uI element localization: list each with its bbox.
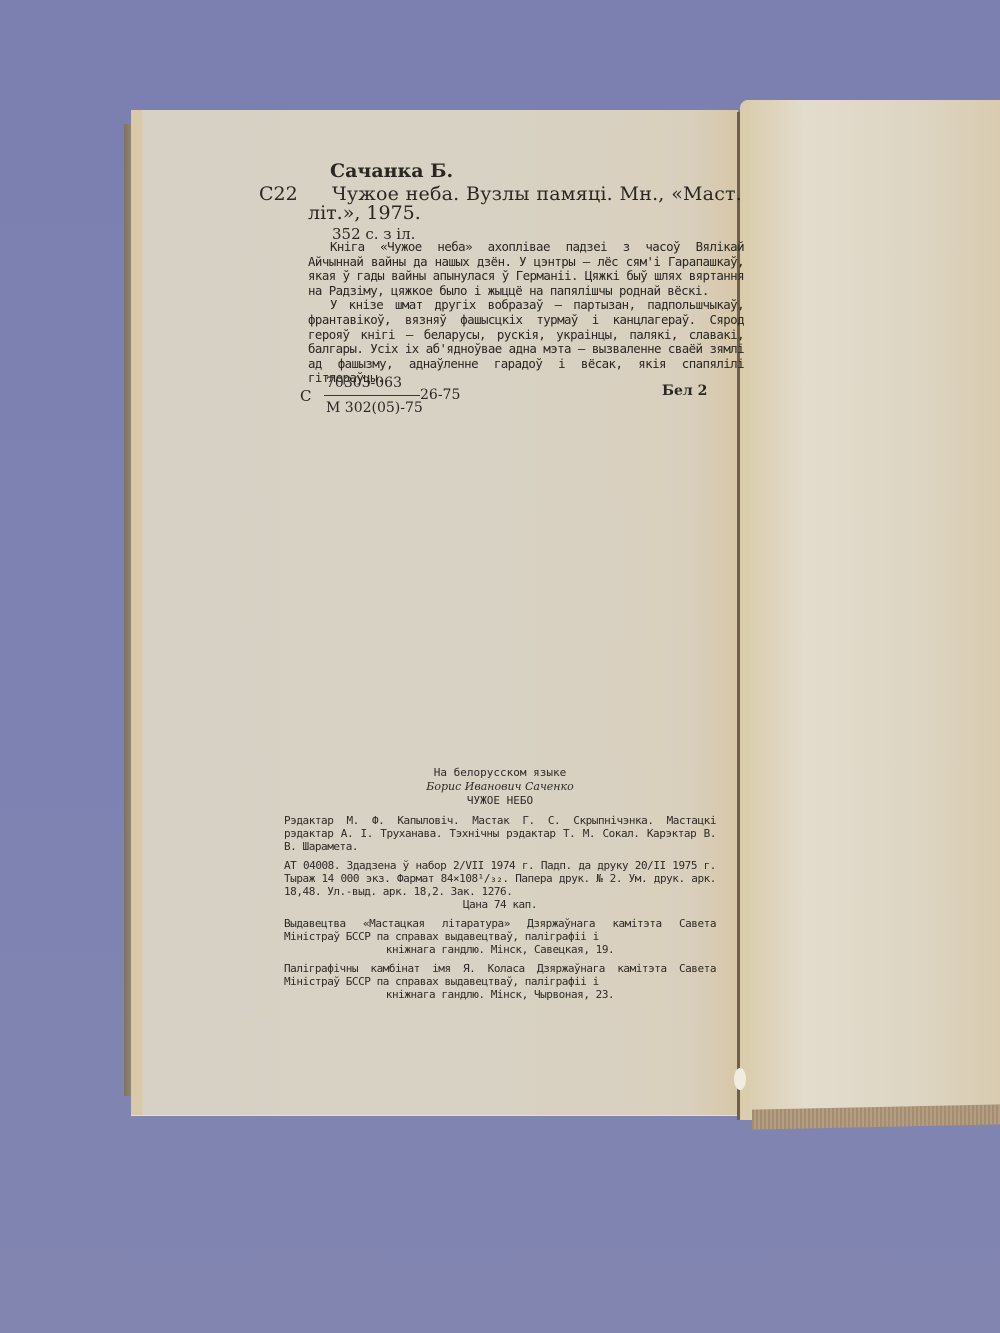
price: Цана 74 кап.	[284, 898, 716, 911]
annotation-paragraph: Кніга «Чужое неба» ахоплівае падзеі з ча…	[308, 240, 744, 298]
print-details: АТ 04008. Здадзена ў набор 2/VII 1974 г.…	[284, 859, 716, 898]
bbk-prefix: С	[300, 387, 311, 405]
index-code: С22	[259, 183, 298, 205]
bbk-suffix: 26-75	[420, 387, 460, 403]
original-title: ЧУЖОЕ НЕБО	[270, 794, 730, 808]
classification-code: Бел 2	[662, 383, 707, 399]
publisher: Выдавецтва «Мастацкая літаратура» Дзяржа…	[284, 917, 716, 943]
page-tear	[734, 1068, 746, 1090]
credits: Рэдактар М. Ф. Капыловіч. Мастак Г. С. С…	[270, 814, 730, 853]
printer-block: Паліграфічны камбінат імя Я. Коласа Дзяр…	[270, 962, 730, 1001]
printer: Паліграфічны камбінат імя Я. Коласа Дзяр…	[284, 962, 716, 988]
annotation: Кніга «Чужое неба» ахоплівае падзеі з ча…	[308, 240, 744, 386]
author-name: Сачанка Б.	[330, 160, 453, 182]
imprint: На белорусском языке Борис Иванович Саче…	[270, 765, 730, 1007]
print-details-block: АТ 04008. Здадзена ў набор 2/VII 1974 г.…	[270, 859, 730, 911]
book-cover-edge-bottom	[752, 1104, 1000, 1129]
language-note: На белорусском языке	[270, 765, 730, 780]
original-author: Борис Иванович Саченко	[270, 780, 730, 794]
printer-address: кніжнага гандлю. Мінск, Чырвоная, 23.	[284, 988, 716, 1001]
annotation-paragraph: У кнізе шмат другіх вобразаў — партызан,…	[308, 298, 744, 386]
fraction-line	[324, 395, 420, 396]
right-page	[740, 100, 1000, 1120]
bbk-numerator: 70303-063	[326, 375, 402, 391]
publisher-block: Выдавецтва «Мастацкая літаратура» Дзяржа…	[270, 917, 730, 956]
bbk-denominator: М 302(05)-75	[326, 400, 423, 416]
publisher-address: кніжнага гандлю. Мінск, Савецкая, 19.	[284, 943, 716, 956]
book-title-line-2: літ.», 1975.	[308, 202, 421, 224]
